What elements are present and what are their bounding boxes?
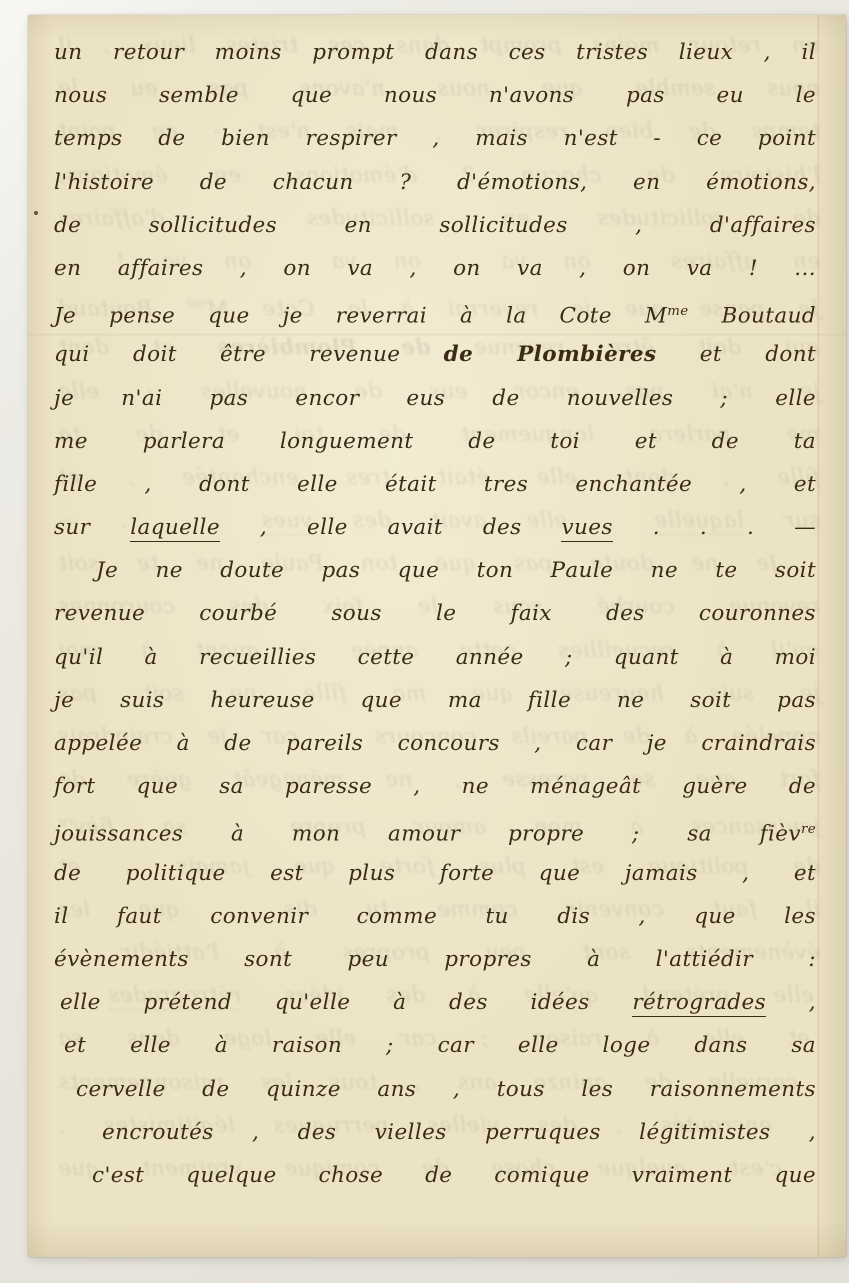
letter-text-segment: et elle à raison ; car elle loge dans sa (64, 1033, 816, 1058)
letter-text-segment: qui doit être revenue (54, 342, 444, 367)
letter-text-segment: , elle avait des (220, 515, 562, 540)
scan-background: un retour moins prompt dans ces tristes … (0, 0, 849, 1283)
letter-text-segment: sur (54, 515, 130, 540)
letter-text-segment: revenue courbé sous le faix des couronne… (54, 601, 816, 626)
letter-text-segment: me parlera longuement de toi et de ta (54, 429, 816, 454)
letter-line: qui doit être revenue de Plombières et d… (54, 333, 816, 376)
letter-text-segment: c'est quelque chose de comique vraiment … (92, 1163, 816, 1188)
letter-text-segment: rétrogrades (632, 990, 766, 1017)
letter-text-segment: . . . — (613, 515, 816, 540)
letter-line: et elle à raison ; car elle loge dans sa (54, 1024, 816, 1067)
letter-line: évènements sont peu propres à l'attiédir… (54, 938, 816, 981)
horizontal-crease (28, 333, 846, 336)
letter-text-segment: un retour moins prompt dans ces tristes … (54, 40, 816, 65)
letter-text-segment: jouissances à mon amour propre ; sa fièv (54, 822, 801, 847)
letter-line: un retour moins prompt dans ces tristes … (54, 31, 816, 74)
letter-line: cervelle de quinze ans , tous les raison… (54, 1068, 816, 1111)
letter-line: revenue courbé sous le faix des couronne… (54, 592, 816, 635)
letter-line: appelée à de pareils concours , car je c… (54, 722, 816, 765)
letter-text-segment: je suis heureuse que ma fille ne soit pa… (54, 688, 816, 713)
letter-text-segment: Je pense que je reverrai à la Cote M (54, 303, 667, 328)
letter-text-segment: encroutés , des vielles perruques légiti… (102, 1120, 816, 1145)
letter-text-segment: , (766, 990, 816, 1015)
letter-text-segment: je n'ai pas encor eus de nouvelles ; ell… (54, 386, 816, 411)
letter-line: il faut convenir comme tu dis , que les (54, 895, 816, 938)
letter-line: sur laquelle , elle avait des vues . . .… (54, 506, 816, 549)
letter-text-segment: Je ne doute pas que ton Paule ne te soit (96, 558, 816, 583)
letter-text-segment: elle prétend qu'elle à des idées (60, 990, 632, 1015)
letter-text-segment: vues (561, 515, 612, 542)
letter-line: qu'il à recueillies cette année ; quant … (54, 636, 816, 679)
letter-lines: un retour moins prompt dans ces tristes … (28, 15, 846, 1257)
letter-text-segment: cervelle de quinze ans , tous les raison… (76, 1077, 816, 1102)
letter-page: un retour moins prompt dans ces tristes … (28, 15, 846, 1257)
ink-blot (34, 211, 38, 215)
letter-text-segment: fille , dont elle était tres enchantée ,… (54, 472, 816, 497)
letter-line: nous semble que nous n'avons pas eu le (54, 74, 816, 117)
letter-text-segment: de politique est plus forte que jamais ,… (54, 861, 816, 886)
letter-text-segment: de Plombières (444, 342, 657, 367)
letter-text-segment: évènements sont peu propres à l'attiédir… (54, 947, 816, 972)
letter-line: l'histoire de chacun ? d'émotions, en ém… (54, 161, 816, 204)
letter-text-segment: laquelle (130, 515, 220, 542)
letter-line: fille , dont elle était tres enchantée ,… (54, 463, 816, 506)
letter-text-segment: nous semble que nous n'avons pas eu le (54, 83, 816, 108)
letter-text-segment: Boutaud (689, 303, 816, 328)
letter-line: fort que sa paresse , ne ménageât guère … (54, 765, 816, 808)
letter-line: de politique est plus forte que jamais ,… (54, 852, 816, 895)
letter-line: me parlera longuement de toi et de ta (54, 420, 816, 463)
letter-text-segment: de sollicitudes en sollicitudes , d'affa… (54, 213, 816, 238)
letter-text-segment: il faut convenir comme tu dis , que les (54, 904, 816, 929)
letter-text-segment: qu'il à recueillies cette année ; quant … (54, 645, 816, 670)
letter-line: elle prétend qu'elle à des idées rétrogr… (54, 981, 816, 1024)
letter-line: de sollicitudes en sollicitudes , d'affa… (54, 204, 816, 247)
letter-line: encroutés , des vielles perruques légiti… (54, 1111, 816, 1154)
letter-line: temps de bien respirer , mais n'est - ce… (54, 117, 816, 160)
letter-line: c'est quelque chose de comique vraiment … (54, 1154, 816, 1197)
letter-text-segment: l'histoire de chacun ? d'émotions, en ém… (54, 170, 816, 195)
letter-text-segment: en affaires , on va , on va , on va ! ..… (54, 256, 816, 281)
letter-line: Je pense que je reverrai à la Cote Mme B… (54, 290, 816, 333)
letter-line: en affaires , on va , on va , on va ! ..… (54, 247, 816, 290)
letter-text-segment: et dont (657, 342, 817, 367)
letter-line: Je ne doute pas que ton Paule ne te soit (54, 549, 816, 592)
letter-text-segment: re (801, 822, 816, 837)
letter-text-segment: fort que sa paresse , ne ménageât guère … (54, 774, 816, 799)
letter-line: jouissances à mon amour propre ; sa fièv… (54, 808, 816, 851)
fold-crease-icon (817, 15, 820, 1257)
letter-text-segment: appelée à de pareils concours , car je c… (54, 731, 816, 756)
letter-text-segment: me (667, 304, 688, 319)
letter-line: je suis heureuse que ma fille ne soit pa… (54, 679, 816, 722)
letter-line: je n'ai pas encor eus de nouvelles ; ell… (54, 377, 816, 420)
letter-text-segment: temps de bien respirer , mais n'est - ce… (54, 126, 816, 151)
